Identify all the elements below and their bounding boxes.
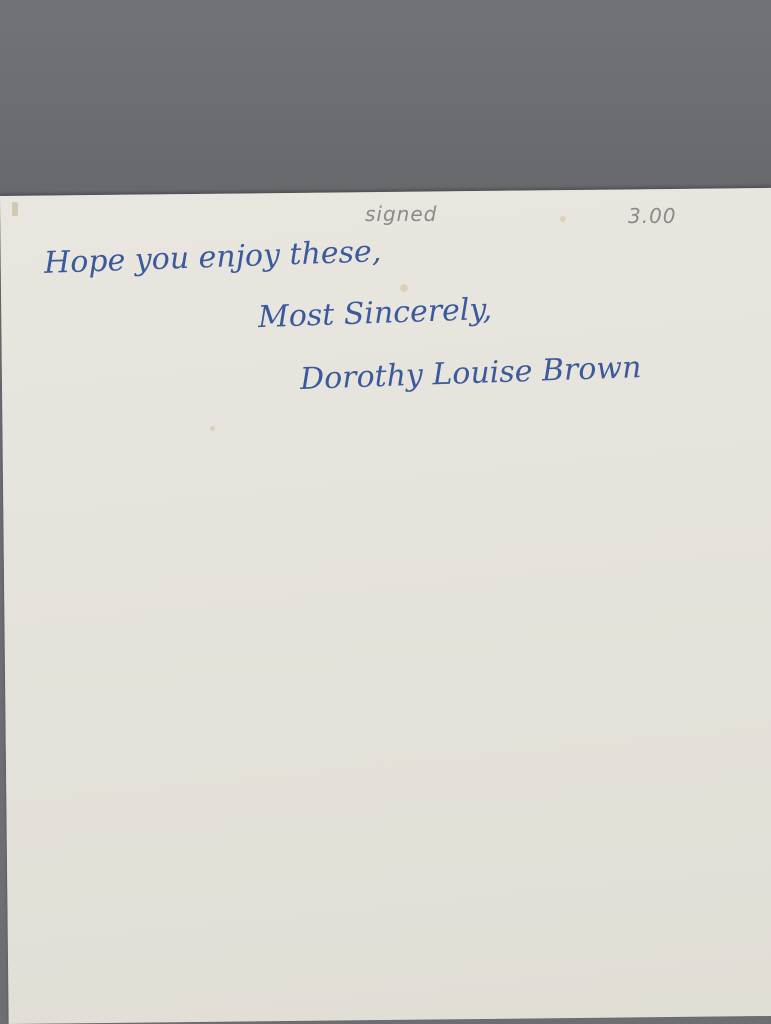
inscription-signature: Dorothy Louise Brown [299, 350, 641, 397]
pencil-note-signed: signed [365, 202, 437, 226]
pencil-note-price: 3.00 [628, 204, 677, 228]
foxing-spot [12, 202, 18, 216]
foxing-spot [210, 426, 215, 431]
inscription-line-1: Hope you enjoy these, [43, 234, 381, 281]
foxing-spot [400, 284, 408, 292]
background-surface [0, 0, 771, 210]
page-content: signed 3.00 Hope you enjoy these, Most S… [0, 196, 771, 1024]
inscription-line-2: Most Sincerely, [257, 292, 492, 335]
foxing-spot [560, 216, 566, 222]
